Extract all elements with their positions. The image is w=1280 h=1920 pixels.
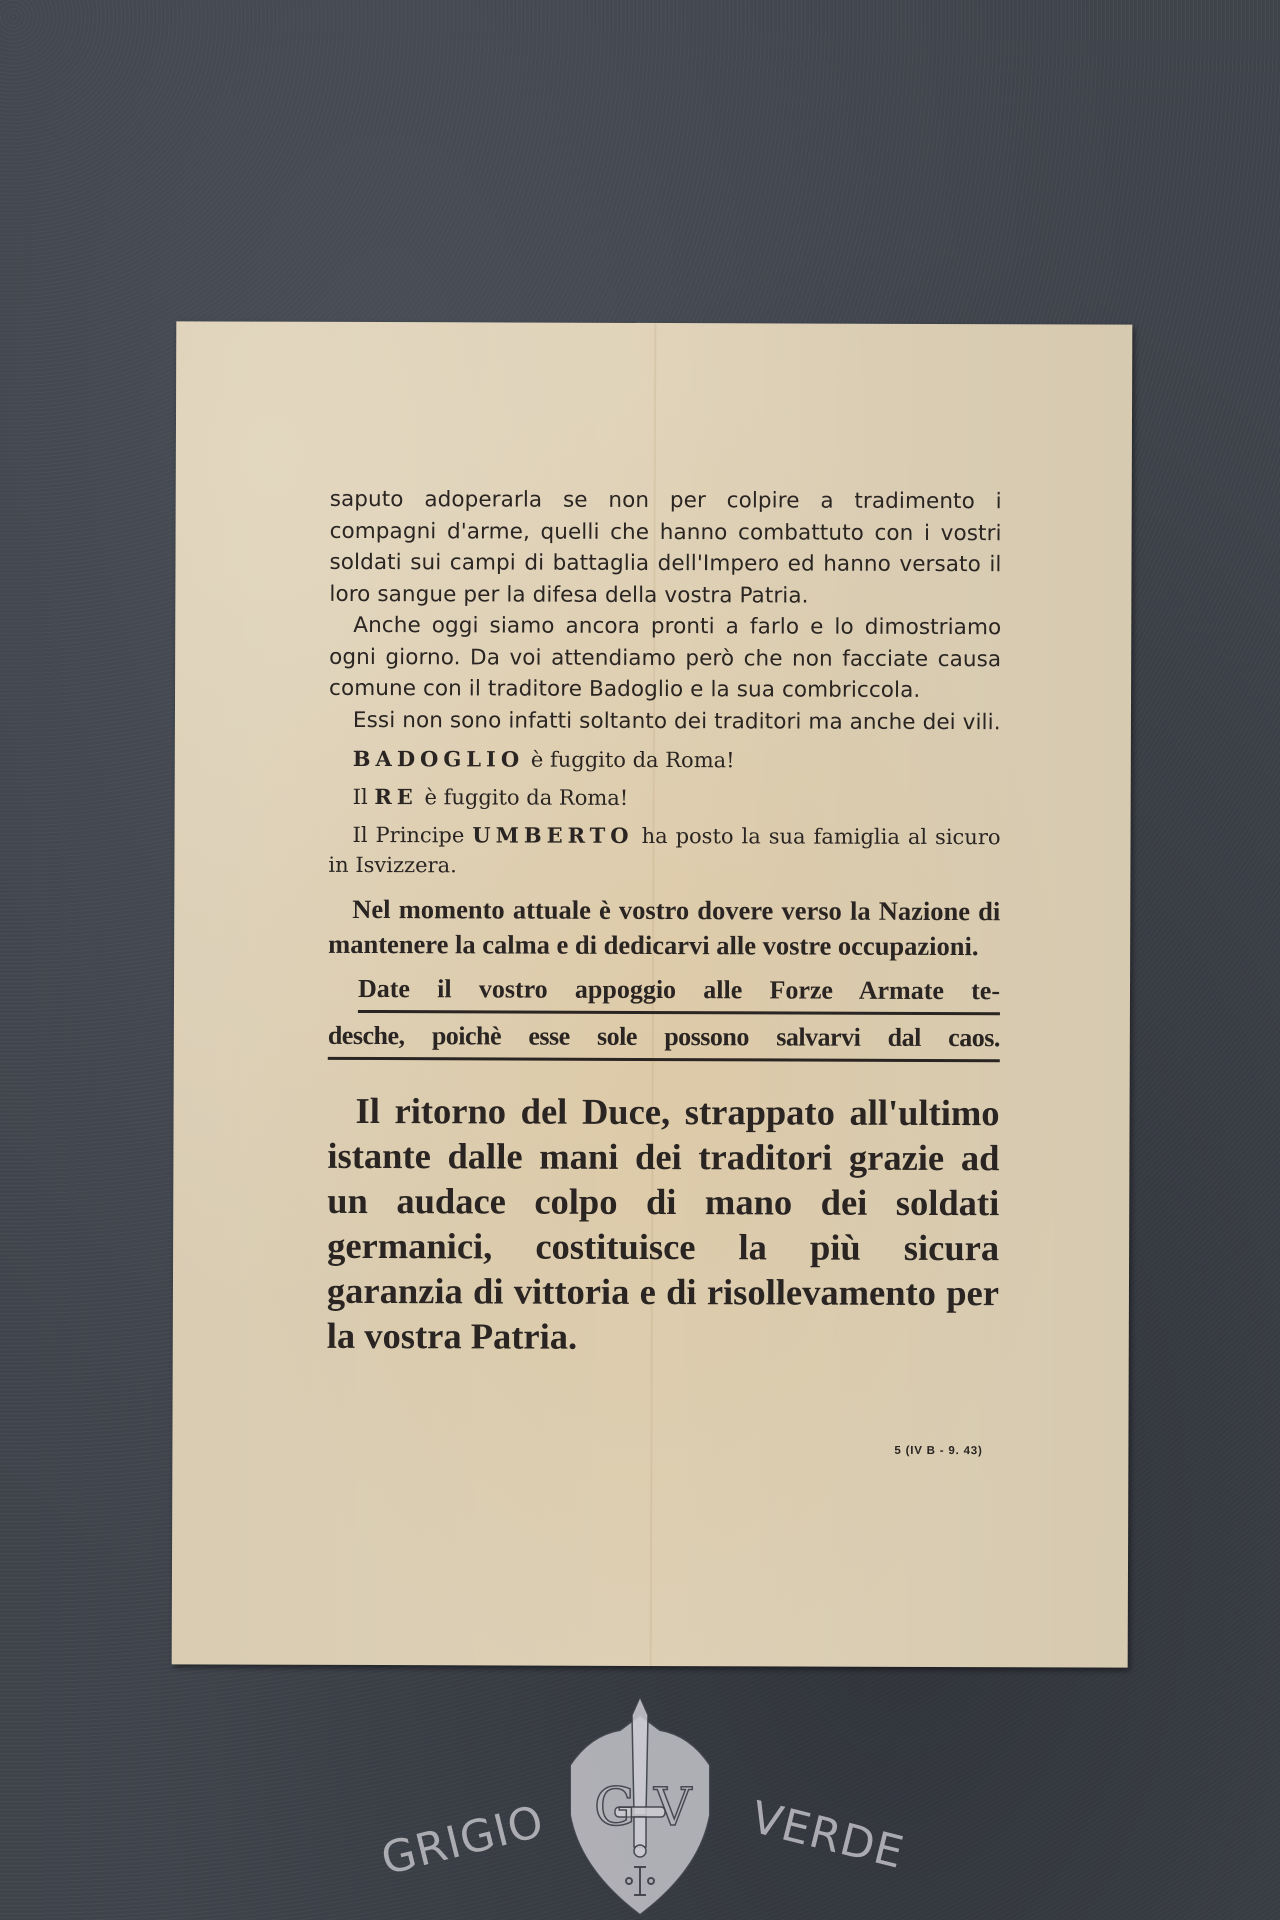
watermark-text-right: VERDE	[746, 1792, 909, 1879]
name-re: RE	[374, 784, 418, 809]
announcement-re: Il RE è fuggito da Roma!	[329, 782, 1001, 814]
name-badoglio: BADOGLIO	[353, 746, 524, 772]
print-code: 5 (IV B - 9. 43)	[894, 1445, 982, 1457]
announcement-umberto: Il Principe UMBERTO ha posto la sua fami…	[328, 820, 1000, 882]
announcement-badoglio: BADOGLIO è fuggito da Roma!	[329, 744, 1001, 776]
shield-sword-emblem-icon: G V	[550, 1695, 730, 1920]
underlined-line-1: Date il vostro appoggio alle Forze Armat…	[358, 972, 1000, 1015]
paragraph-2: Anche oggi siamo ancora pronti a farlo e…	[329, 610, 1001, 707]
svg-text:V: V	[653, 1778, 693, 1838]
big-paragraph: Il ritorno del Duce, strappato all'ultim…	[327, 1088, 1000, 1360]
leaflet-paper: saputo adoperarla se non per colpire a t…	[172, 321, 1133, 1667]
leaflet-text: saputo adoperarla se non per colpire a t…	[327, 484, 1002, 1360]
watermark-text-left: GRIGIO	[376, 1796, 549, 1885]
underlined-appeal: Date il vostro appoggio alle Forze Armat…	[328, 972, 1000, 1062]
paragraph-3: Essi non sono infatti soltanto dei tradi…	[329, 704, 1001, 738]
underlined-line-2: desche, poichè esse sole possono salvarv…	[328, 1019, 1000, 1062]
svg-text:G: G	[594, 1778, 636, 1838]
name-umberto: UMBERTO	[472, 822, 633, 848]
paragraph-1: saputo adoperarla se non per colpire a t…	[329, 484, 1001, 612]
watermark-logo: GRIGIO G V VERDE	[370, 1690, 910, 1920]
bold-paragraph: Nel momento attuale è vostro dovere vers…	[328, 892, 1000, 964]
